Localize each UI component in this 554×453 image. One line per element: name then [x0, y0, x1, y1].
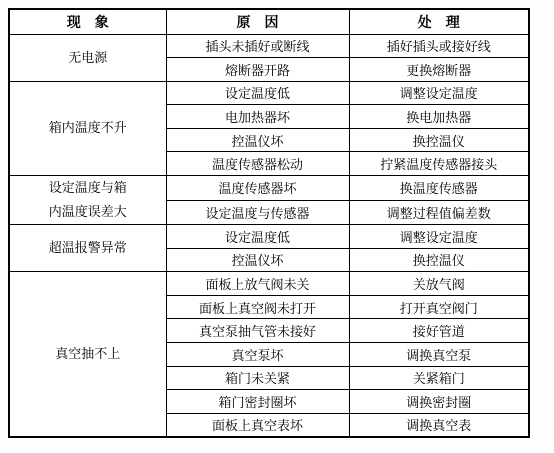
phenomenon-cell: 箱内温度不升 [9, 81, 166, 175]
treatment-cell: 调整设定温度 [349, 81, 529, 105]
cause-cell: 设定温度低 [166, 225, 349, 249]
cause-cell: 面板上真空表坏 [166, 413, 349, 437]
phenomenon-cell: 无电源 [9, 34, 166, 81]
treatment-cell: 打开真空阀门 [349, 295, 529, 319]
treatment-cell: 调换真空泵 [349, 343, 529, 367]
treatment-cell: 关放气阀 [349, 272, 529, 296]
troubleshooting-table: 现 象 原 因 处 理 无电源插头未插好或断线插好插头或接好线熔断器开路更换熔断… [8, 8, 530, 438]
cause-cell: 面板上真空阀未打开 [166, 295, 349, 319]
cause-cell: 真空泵坏 [166, 343, 349, 367]
table-body: 无电源插头未插好或断线插好插头或接好线熔断器开路更换熔断器箱内温度不升设定温度低… [9, 34, 529, 437]
table-header: 现 象 原 因 处 理 [9, 9, 529, 34]
column-header-treatment: 处 理 [349, 9, 529, 34]
treatment-cell: 更换熔断器 [349, 58, 529, 82]
treatment-cell: 换控温仪 [349, 248, 529, 272]
table-row: 无电源插头未插好或断线插好插头或接好线 [9, 34, 529, 58]
phenomenon-cell: 设定温度与箱 内温度误差大 [9, 176, 166, 225]
treatment-cell: 调整设定温度 [349, 225, 529, 249]
cause-cell: 控温仪坏 [166, 248, 349, 272]
cause-cell: 箱门密封圈坏 [166, 390, 349, 414]
cause-cell: 设定温度与传感器 [166, 200, 349, 225]
treatment-cell: 调换真空表 [349, 413, 529, 437]
phenomenon-cell: 真空抽不上 [9, 272, 166, 437]
table-row: 超温报警异常设定温度低调整设定温度 [9, 225, 529, 249]
column-header-cause: 原 因 [166, 9, 349, 34]
treatment-cell: 插好插头或接好线 [349, 34, 529, 58]
cause-cell: 设定温度低 [166, 81, 349, 105]
table-row: 箱内温度不升设定温度低调整设定温度 [9, 81, 529, 105]
table-row: 设定温度与箱 内温度误差大温度传感器坏换温度传感器 [9, 176, 529, 201]
cause-cell: 控温仪坏 [166, 128, 349, 152]
treatment-cell: 换控温仪 [349, 128, 529, 152]
column-header-phenomenon: 现 象 [9, 9, 166, 34]
cause-cell: 箱门未关紧 [166, 366, 349, 390]
cause-cell: 真空泵抽气管未接好 [166, 319, 349, 343]
table-row: 真空抽不上面板上放气阀未关关放气阀 [9, 272, 529, 296]
cause-cell: 温度传感器坏 [166, 176, 349, 201]
phenomenon-cell: 超温报警异常 [9, 225, 166, 272]
cause-cell: 插头未插好或断线 [166, 34, 349, 58]
cause-cell: 温度传感器松动 [166, 152, 349, 176]
header-row: 现 象 原 因 处 理 [9, 9, 529, 34]
treatment-cell: 关紧箱门 [349, 366, 529, 390]
page: 现 象 原 因 处 理 无电源插头未插好或断线插好插头或接好线熔断器开路更换熔断… [0, 0, 554, 453]
cause-cell: 熔断器开路 [166, 58, 349, 82]
treatment-cell: 换电加热器 [349, 105, 529, 129]
cause-cell: 面板上放气阀未关 [166, 272, 349, 296]
treatment-cell: 拧紧温度传感器接头 [349, 152, 529, 176]
cause-cell: 电加热器坏 [166, 105, 349, 129]
treatment-cell: 换温度传感器 [349, 176, 529, 201]
treatment-cell: 接好管道 [349, 319, 529, 343]
treatment-cell: 调整过程值偏差数 [349, 200, 529, 225]
treatment-cell: 调换密封圈 [349, 390, 529, 414]
